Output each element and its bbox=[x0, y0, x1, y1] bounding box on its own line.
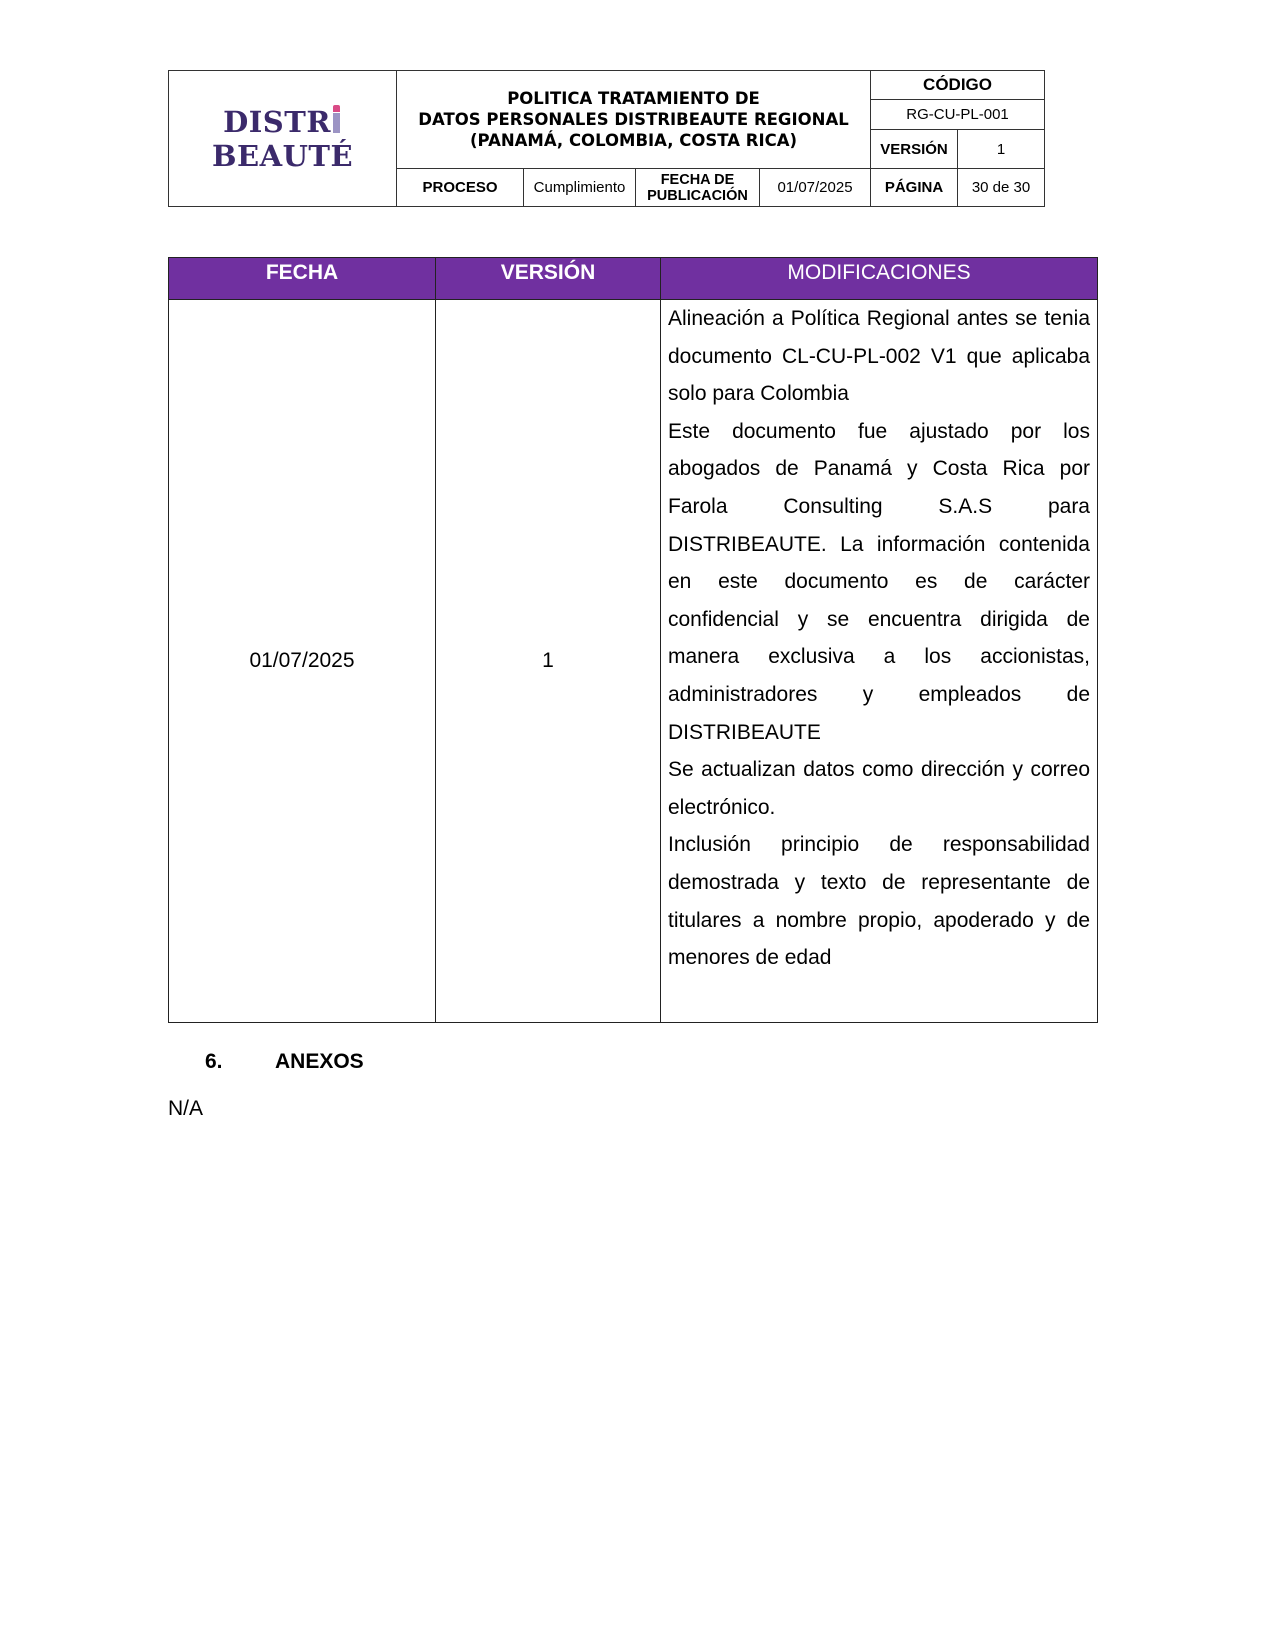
cell-fecha: 01/07/2025 bbox=[169, 300, 436, 1023]
modification-item: Alineación a Política Regional antes se … bbox=[668, 300, 1090, 413]
cell-modificaciones: Alineación a Política Regional antes se … bbox=[661, 300, 1098, 1023]
modification-item: Este documento fue ajustado por los abog… bbox=[668, 413, 1090, 751]
company-logo: DISTRBEAUTÉ bbox=[212, 105, 353, 173]
table-row: 01/07/2025 1 Alineación a Política Regio… bbox=[169, 300, 1098, 1023]
pagina-label: PÁGINA bbox=[871, 169, 958, 207]
modifications-table: FECHA VERSIÓN MODIFICACIONES 01/07/2025 … bbox=[168, 257, 1098, 1023]
modification-item: Inclusión principio de responsabilidad d… bbox=[668, 826, 1090, 976]
proceso-value: Cumplimiento bbox=[524, 169, 636, 207]
cell-version: 1 bbox=[436, 300, 661, 1023]
codigo-label: CÓDIGO bbox=[871, 71, 1045, 100]
proceso-label: PROCESO bbox=[397, 169, 524, 207]
section-number: 6. bbox=[205, 1050, 275, 1074]
modification-item: Se actualizan datos como dirección y cor… bbox=[668, 751, 1090, 826]
logo-cell: DISTRBEAUTÉ bbox=[169, 71, 397, 207]
lipstick-icon bbox=[333, 113, 340, 133]
document-header: DISTRBEAUTÉ POLITICA TRATAMIENTO DE DATO… bbox=[168, 70, 1045, 207]
fecha-publicacion-label: FECHA DE PUBLICACIÓN bbox=[636, 169, 760, 207]
column-header-version: VERSIÓN bbox=[436, 258, 661, 300]
version-label: VERSIÓN bbox=[871, 130, 958, 169]
column-header-fecha: FECHA bbox=[169, 258, 436, 300]
codigo-value: RG-CU-PL-001 bbox=[871, 100, 1045, 130]
column-header-modificaciones: MODIFICACIONES bbox=[661, 258, 1098, 300]
section-heading-anexos: 6.ANEXOS bbox=[205, 1050, 364, 1074]
version-value: 1 bbox=[958, 130, 1045, 169]
section-title: ANEXOS bbox=[275, 1050, 364, 1073]
table-header-row: FECHA VERSIÓN MODIFICACIONES bbox=[169, 258, 1098, 300]
pagina-value: 30 de 30 bbox=[958, 169, 1045, 207]
section-body: N/A bbox=[168, 1097, 203, 1121]
fecha-publicacion-value: 01/07/2025 bbox=[760, 169, 871, 207]
document-title: POLITICA TRATAMIENTO DE DATOS PERSONALES… bbox=[397, 71, 871, 169]
